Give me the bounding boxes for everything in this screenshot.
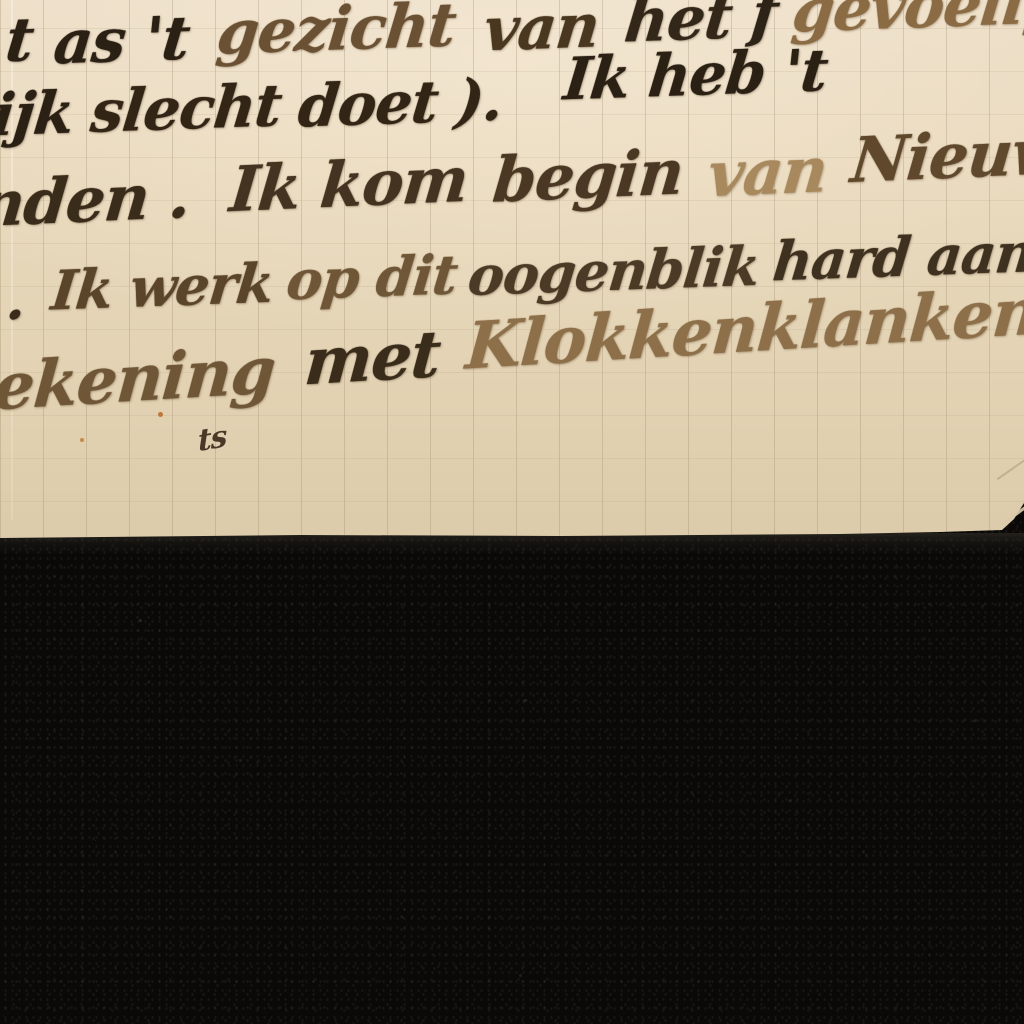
- handwriting-segment: doet ).: [295, 65, 506, 140]
- handwriting-segment: Ik heb 't: [561, 36, 831, 113]
- handwriting-segment: van: [705, 133, 830, 212]
- handwriting-segment: op dit: [284, 242, 460, 312]
- handwriting-segment: Ik kom: [227, 143, 471, 227]
- handwriting-segment: Nieuwjaar: [848, 109, 1024, 197]
- handwriting-segment: tekening: [0, 333, 278, 427]
- handwriting-segment: begin: [490, 135, 687, 217]
- handwriting-segment: nden .: [0, 159, 193, 242]
- handwriting-segment: .: [4, 267, 29, 332]
- rust-fleck: [158, 412, 163, 417]
- handwriting-segment: t: [2, 5, 36, 76]
- handwriting-segment: slecht: [88, 71, 285, 146]
- handwriting-segment: Ik werk: [48, 251, 276, 323]
- handwriting-segment: as 't: [51, 3, 193, 78]
- letter-photograph: tas 'tgezichtvanhetfgevoeligelijkslechtd…: [0, 0, 1024, 1024]
- handwriting-segment: gezicht: [214, 0, 459, 69]
- letter-paper-sheet: tas 'tgezichtvanhetfgevoeligelijkslechtd…: [0, 0, 1024, 545]
- rust-fleck: [80, 438, 84, 442]
- handwriting-segment: lijk: [0, 78, 77, 150]
- handwriting-block: tas 'tgezichtvanhetfgevoeligelijkslechtd…: [0, 0, 1024, 545]
- stray-ink-mark: ts: [197, 419, 227, 459]
- handwriting-segment: met: [302, 317, 443, 401]
